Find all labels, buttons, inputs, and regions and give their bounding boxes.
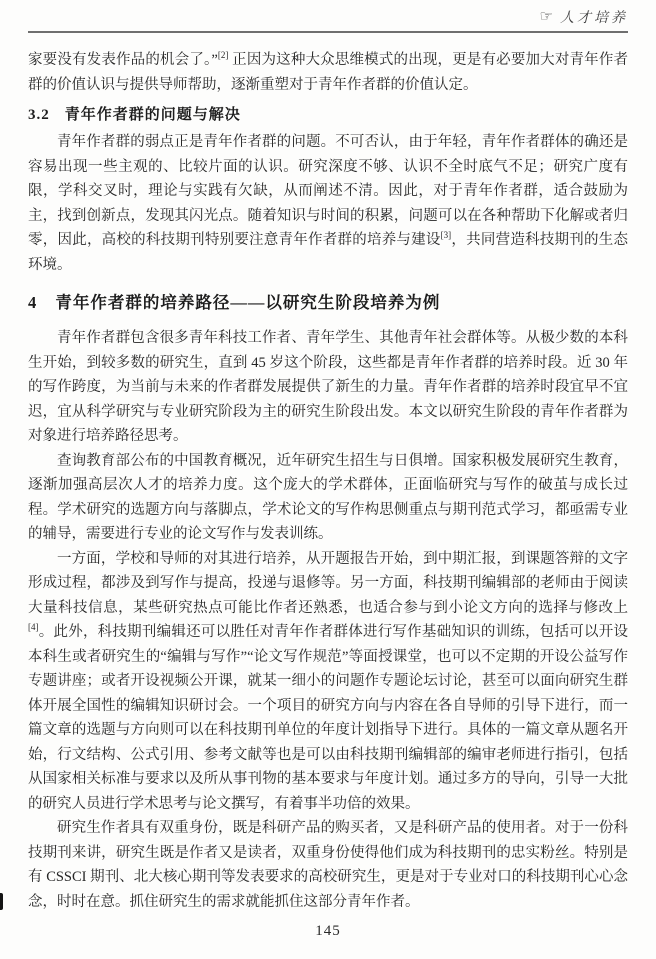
- citation-reference: [3]: [441, 230, 452, 240]
- journal-page: ☞ 人才培养 家要没有发表作品的机会了。”[2] 正因为这种大众思维模式的出现，…: [0, 0, 656, 959]
- text-run: 青年作者群包含很多青年科技工作者、青年学生、其他青年社会群体等。从极少数的本科生…: [28, 330, 628, 444]
- body-paragraph: 青年作者群的弱点正是青年作者群的问题。不可否认，由于年轻，青年作者群体的确还是容…: [28, 130, 628, 277]
- body-paragraph: 查询教育部公布的中国教育概况，近年研究生招生与日俱增。国家积极发展研究生教育，逐…: [28, 449, 628, 547]
- body-paragraph: 一方面，学校和导师的对其进行培养，从开题报告开始，到中期汇报，到课题答辩的文字形…: [28, 547, 628, 817]
- scan-artifact: [0, 893, 3, 910]
- body-paragraph: 青年作者群包含很多青年科技工作者、青年学生、其他青年社会群体等。从极少数的本科生…: [28, 326, 628, 449]
- heading-number: 4: [28, 293, 37, 312]
- header-rule: [28, 31, 628, 33]
- heading-title: 青年作者群的培养路径——以研究生阶段培养为例: [55, 293, 440, 312]
- citation-reference: [4]: [28, 622, 39, 632]
- pointing-hand-icon: ☞: [540, 10, 553, 25]
- text-run: 青年作者群的弱点正是青年作者群的问题。不可否认，由于年轻，青年作者群体的确还是容…: [28, 134, 628, 248]
- body-paragraph: 家要没有发表作品的机会了。”[2] 正因为这种大众思维模式的出现，更是有必要加大…: [28, 48, 628, 97]
- text-run: 家要没有发表作品的机会了。”: [28, 52, 218, 68]
- heading-title: 青年作者群的问题与解决: [65, 106, 241, 123]
- running-head-section-label: 人才培养: [560, 7, 628, 27]
- text-run: 。此外，科技期刊编辑还可以胜任对青年作者群体进行写作基础知识的训练，包括可以开设…: [28, 624, 628, 812]
- text-run: 一方面，学校和导师的对其进行培养，从开题报告开始，到中期汇报，到课题答辩的文字形…: [28, 551, 628, 616]
- text-run: 查询教育部公布的中国教育概况，近年研究生招生与日俱增。国家积极发展研究生教育，逐…: [28, 453, 628, 543]
- subsection-heading: 3.2青年作者群的问题与解决: [28, 103, 628, 127]
- page-body: 家要没有发表作品的机会了。”[2] 正因为这种大众思维模式的出现，更是有必要加大…: [28, 48, 628, 914]
- running-head: ☞ 人才培养: [28, 6, 628, 28]
- text-run: 研究生作者具有双重身份，既是科研产品的购买者，又是科研产品的使用者。对于一份科技…: [28, 820, 628, 910]
- page-number: 145: [28, 923, 628, 940]
- body-paragraph: 研究生作者具有双重身份，既是科研产品的购买者，又是科研产品的使用者。对于一份科技…: [28, 816, 628, 914]
- heading-number: 3.2: [28, 107, 50, 123]
- section-heading: 4青年作者群的培养路径——以研究生阶段培养为例: [28, 290, 628, 316]
- citation-reference: [2]: [218, 50, 229, 60]
